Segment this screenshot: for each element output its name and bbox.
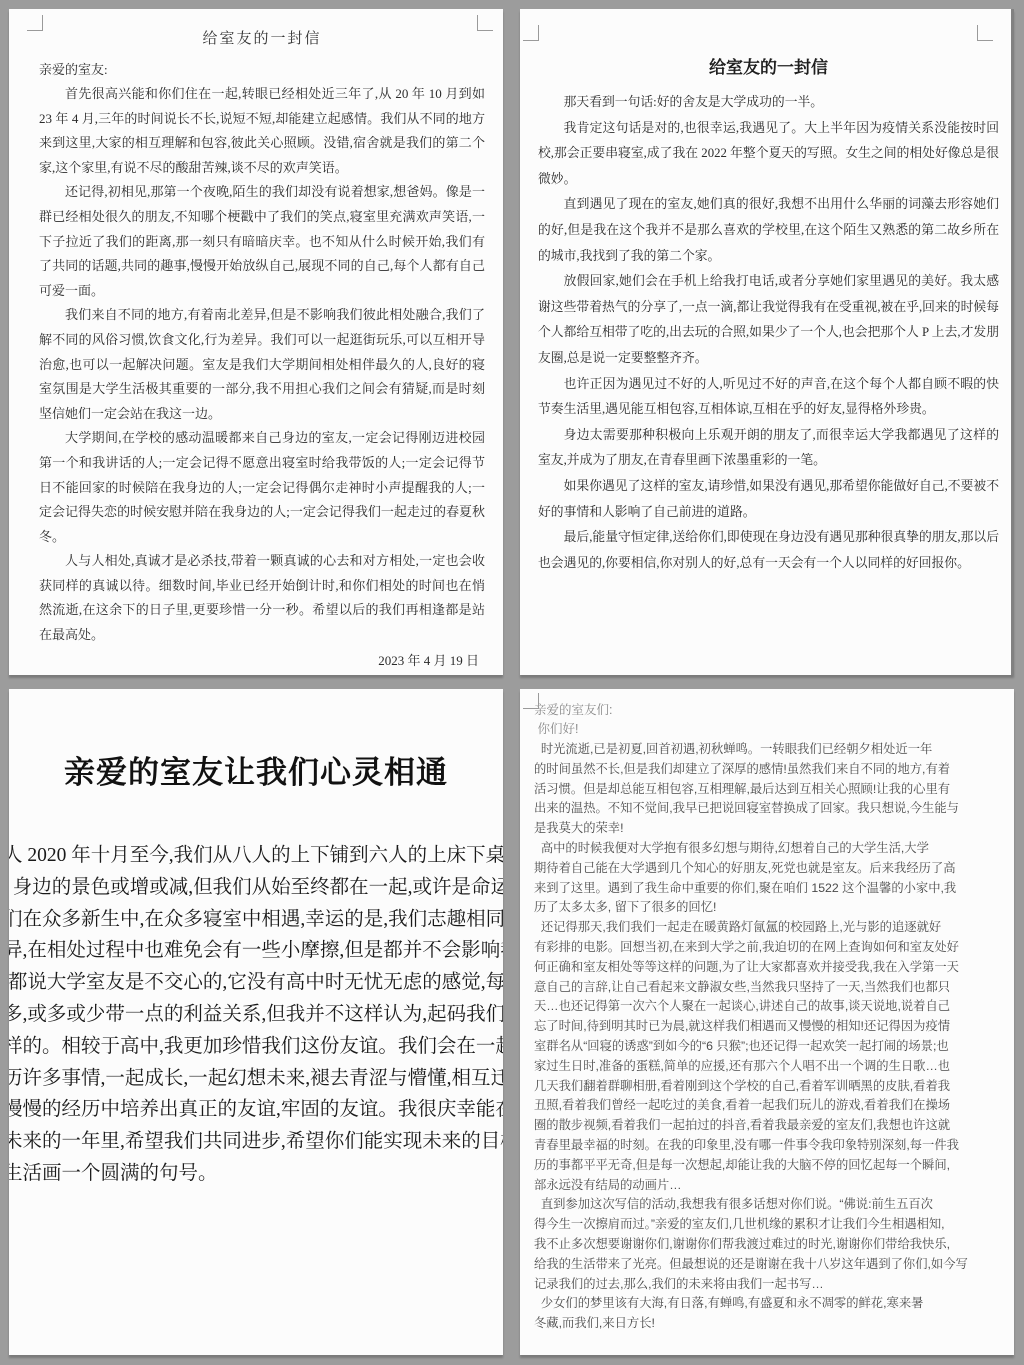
text-line: 我肯定这句话是对的,也很幸运,我遇见了。大上半年因为疫情关系没能按时回校,那会正… — [538, 116, 999, 193]
text-line: 还记得那天,我们我们一起走在暖黄路灯氤氲的校园路上,光与影的追逐就好 — [534, 918, 1014, 938]
text-line: 直到参加这次写信的活动,我想我有很多话想对你们说。“佛说:前生五百次 — [534, 1195, 1014, 1215]
page-letter-1: 给室友的一封信 亲爱的室友: 首先很高兴能和你们住在一起,转眼已经相处近三年了,… — [9, 9, 503, 675]
letter-body: 首先很高兴能和你们住在一起,转眼已经相处近三年了,从 20 年 10 月到如 2… — [39, 82, 485, 648]
crop-mark-icon — [523, 693, 539, 709]
text-line: 大学期间,在学校的感动温暖都来自己身边的室友,一定会记得刚迈进校园第一个和我讲话… — [39, 426, 485, 549]
photo-collage: 给室友的一封信 亲爱的室友: 首先很高兴能和你们住在一起,转眼已经相处近三年了,… — [0, 0, 1024, 1365]
text-line: 来到了这里。遇到了我生命中重要的你们,聚在咱们 1522 这个温馨的小家中,我 — [534, 879, 1014, 899]
text-line: 少女们的梦里该有大海,有日落,有蝉鸣,有盛夏和永不凋零的鲜花,寒来暑 — [534, 1294, 1014, 1314]
letter-body: 那天看到一句话:好的舍友是大学成功的一半。我肯定这句话是对的,也很幸运,我遇见了… — [538, 90, 999, 576]
crop-mark-icon — [523, 25, 539, 41]
letter-title: 给室友的一封信 — [39, 27, 485, 48]
text-line: 记录我们的过去,那么,我们的未来将由我们一起书写… — [534, 1275, 1014, 1295]
text-line: 忘了时间,待到明其时已为晨,就这样我们相遇而又慢慢的相知!还记得因为疫情 — [534, 1017, 1014, 1037]
text-line: 身边的景色或增或减,但我们从始至终都在一起,或许是命运的 — [9, 872, 503, 904]
text-line: 丑照,看着我们曾经一起吃过的美食,看着一起我们玩儿的游戏,看着我们在操场 — [534, 1096, 1014, 1116]
text-line: 给我的生活带来了光亮。但最想说的还是谢谢在我十八岁这年遇到了你们,如今写 — [534, 1255, 1014, 1275]
text-line: 部永远没有结局的动画片… — [534, 1176, 1014, 1196]
text-line: 冬藏,而我们,来日方长! — [534, 1314, 1014, 1334]
text-line: 最后,能量守恒定律,送给你们,即使现在身边没有遇见那种很真挚的朋友,那以后也会遇… — [538, 525, 999, 576]
text-line: 出来的温热。不知不觉间,我早已把说回寝室替换成了回家。我只想说,今生能与 — [534, 799, 1014, 819]
text-line: 的时间虽然不长,但是我们却建立了深厚的感情!虽然我们来自不同的地方,有着 — [534, 760, 1014, 780]
text-line: 时光流逝,已是初夏,回首初遇,初秋蝉鸣。一转眼我们已经朝夕相处近一年 — [534, 740, 1014, 760]
text-line: 们在众多新生中,在众多寝室中相遇,幸运的是,我们志趣相同。虽 — [9, 904, 503, 936]
text-line: 那天看到一句话:好的舍友是大学成功的一半。 — [538, 90, 999, 116]
text-line: 首先很高兴能和你们住在一起,转眼已经相处近三年了,从 20 年 10 月到如 2… — [39, 82, 485, 180]
text-line: 身边太需要那种积极向上乐观开朗的朋友了,而很幸运大学我都遇见了这样的室友,并成为… — [538, 423, 999, 474]
page-letter-3: 亲爱的室友让我们心灵相通 人 2020 年十月至今,我们从八人的上下铺到六人的上… — [9, 689, 503, 1355]
crop-mark-icon — [977, 25, 993, 41]
text-line: 生活画一个圆满的句号。 — [9, 1158, 503, 1190]
text-line: 有彩排的电影。回想当初,在来到大学之前,我迫切的在网上查询如何和室友处好 — [534, 938, 1014, 958]
crop-mark-icon — [27, 15, 43, 31]
text-line: 天…也还记得第一次六个人聚在一起谈心,讲述自己的故事,谈天说地,说着自己 — [534, 997, 1014, 1017]
text-line: 也许正因为遇见过不好的人,听见过不好的声音,在这个每个人都自顾不暇的快节奏生活里… — [538, 372, 999, 423]
text-line: 历许多事情,一起成长,一起幻想未来,褪去青涩与懵懂,相互迁就 — [9, 1063, 503, 1095]
text-line: 历的事都平平无奇,但是每一次想起,却能让我的大脑不停的回忆起每一个瞬间, — [534, 1156, 1014, 1176]
letter-title: 给室友的一封信 — [538, 53, 999, 78]
letter-salutation: 亲爱的室友们: — [534, 701, 1014, 720]
text-line: 还记得,初相见,那第一个夜晚,陌生的我们却没有说着想家,想爸妈。像是一群已经相处… — [39, 180, 485, 303]
crop-mark-icon — [477, 15, 493, 31]
text-line: 几天我们翻着群聊相册,看着刚到这个学校的自己,看着军训晒黑的皮肤,看着我 — [534, 1077, 1014, 1097]
text-line: 意自己的言辞,让自己看起来文静淑女些,当然我只坚持了一天,当然我们也都只 — [534, 978, 1014, 998]
letter-title: 亲爱的室友让我们心灵相通 — [9, 747, 503, 792]
letter-body: 人 2020 年十月至今,我们从八人的上下铺到六人的上床下桌,从 15 身边的景… — [9, 840, 503, 1190]
letter-salutation: 亲爱的室友: — [39, 58, 485, 82]
page-letter-2: 给室友的一封信 那天看到一句话:好的舍友是大学成功的一半。我肯定这句话是对的,也… — [520, 9, 1014, 675]
text-line: 多,或多或少带一点的利益关系,但我并不这样认为,起码我们的 — [9, 999, 503, 1031]
text-line: 室群名从“回寝的诱惑”到如今的“6 只猴”;也还记得一起欢笑一起打闹的场景;也 — [534, 1037, 1014, 1057]
text-line: 何正确和室友相处等等这样的问题,为了让大家都喜欢并接受我,我在入学第一天 — [534, 958, 1014, 978]
text-line: 都说大学室友是不交心的,它没有高中时无忧无虑的感觉,每天为 — [9, 967, 503, 999]
text-line: 人与人相处,真诚才是必杀技,带着一颗真诚的心去和对方相处,一定也会收获同样的真诚… — [39, 549, 485, 647]
text-line: 直到遇见了现在的室友,她们真的很好,我想不出用什么华丽的词藻去形容她们的好,但是… — [538, 192, 999, 269]
text-line: 我不止多次想要谢谢你们,谢谢你们帮我渡过难过的时光,谢谢你们带给我快乐, — [534, 1235, 1014, 1255]
letter-greeting: 你们好! — [534, 720, 1014, 739]
text-line: 青春里最幸福的时刻。在我的印象里,没有哪一件事令我印象特别深刻,每一件我 — [534, 1136, 1014, 1156]
text-line: 得今生一次擦肩而过。”亲爱的室友们,几世机缘的累积才让我们今生相遇相知, — [534, 1215, 1014, 1235]
text-line: 放假回家,她们会在手机上给我打电话,或者分享她们家里遇见的美好。我太感谢这些带着… — [538, 269, 999, 371]
text-line: 期待着自己能在大学遇到几个知心的好朋友,死党也就是室友。后来我经历了高 — [534, 859, 1014, 879]
text-line: 未来的一年里,希望我们共同进步,希望你们能实现未来的目标, — [9, 1126, 503, 1158]
text-line: 异,在相处过程中也难免会有一些小摩擦,但是都并不会影响我们 — [9, 935, 503, 967]
text-line: 家过生日时,准备的蛋糕,简单的应援,还有那六个人唱不出一个调的生日歌…也 — [534, 1057, 1014, 1077]
letter-date: 2023 年 4 月 19 日 — [39, 650, 485, 669]
text-line: 历了太多太多, 留下了很多的回忆! — [534, 898, 1014, 918]
text-line: 样的。相较于高中,我更加珍惜我们这份友谊。我们会在一起很长时 — [9, 1031, 503, 1063]
text-line: 活习惯。但是却总能互相包容,互相理解,最后达到互相关心照顾!让我的心里有 — [534, 780, 1014, 800]
text-line: 慢慢的经历中培养出真正的友谊,牢固的友谊。我很庆幸能在大学 — [9, 1094, 503, 1126]
text-line: 高中的时候我便对大学抱有很多幻想与期待,幻想着自己的大学生活,大学 — [534, 839, 1014, 859]
letter-body: 时光流逝,已是初夏,回首初遇,初秋蝉鸣。一转眼我们已经朝夕相处近一年的时间虽然不… — [534, 740, 1014, 1334]
page-letter-4: 亲爱的室友们: 你们好! 时光流逝,已是初夏,回首初遇,初秋蝉鸣。一转眼我们已经… — [520, 689, 1014, 1355]
text-line: 是我莫大的荣幸! — [534, 819, 1014, 839]
text-line: 人 2020 年十月至今,我们从八人的上下铺到六人的上床下桌,从 15 — [9, 840, 503, 872]
text-line: 如果你遇见了这样的室友,请珍惜,如果没有遇见,那希望你能做好自己,不要被不好的事… — [538, 474, 999, 525]
text-line: 我们来自不同的地方,有着南北差异,但是不影响我们彼此相处融合,我们了解不同的风俗… — [39, 303, 485, 426]
text-line: 圈的散步视频,看着我们一起拍过的抖音,看着我最亲爱的室友们,我想也许这就 — [534, 1116, 1014, 1136]
